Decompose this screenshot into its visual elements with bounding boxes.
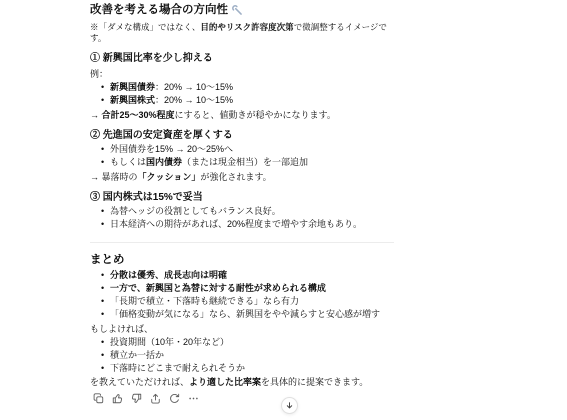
text-segment: もしよければ、 xyxy=(90,324,153,334)
bullet-item: 日本経済への期待があれば、20%程度まで増やす余地もあり。 xyxy=(110,218,394,230)
text-segment: 「長期で積立・下落時も継続できる」なら有力 xyxy=(110,296,299,306)
wrench-icon xyxy=(232,5,243,16)
thumbs-up-icon xyxy=(112,393,123,404)
text-segment: 一方で、新興国と為替に対する耐性が求められる構成 xyxy=(110,283,326,293)
text-segment: にすると、値動きが穏やかになります。 xyxy=(175,110,336,120)
text-segment: → xyxy=(90,110,102,120)
regenerate-icon xyxy=(169,393,180,404)
text-segment: ② 先進国の安定資産を厚くする xyxy=(90,130,233,141)
message-action-bar xyxy=(90,391,394,405)
text-segment: ：20% → 10〜15% xyxy=(155,82,233,92)
text-segment: を教えていただければ、 xyxy=(90,377,189,387)
bullet-item: 外国債券を15% → 20〜25%へ xyxy=(110,143,394,155)
text-segment: 下落時にどこまで耐えられそうか xyxy=(110,363,245,373)
followup-closing: を教えていただければ、より適した比率案を具体的に提案できます。 xyxy=(90,376,394,388)
text-segment: より適した比率案 xyxy=(189,377,261,387)
bullet-item: 一方で、新興国と為替に対する耐性が求められる構成 xyxy=(110,282,394,294)
text-segment: ※「ダメな構成」ではなく、 xyxy=(90,22,200,32)
followup-intro: もしよければ、 xyxy=(90,323,394,335)
thumbs-down-button[interactable] xyxy=(129,391,143,405)
section-divider xyxy=(90,242,394,243)
bullet-item: 分散は優秀、成長志向は明確 xyxy=(110,269,394,281)
section-2-result: → 暴落時の「クッション」が強化されます。 xyxy=(90,171,394,183)
text-segment: 合計25〜30%程度 xyxy=(102,110,175,120)
bullet-item: 下落時にどこまで耐えられそうか xyxy=(110,362,394,374)
section-2-bullets: 外国債券を15% → 20〜25%へもしくは国内債券（または現金相当）を一部追加 xyxy=(90,143,394,168)
section-2-heading: ② 先進国の安定資産を厚くする xyxy=(90,129,394,142)
summary-bullets: 分散は優秀、成長志向は明確一方で、新興国と為替に対する耐性が求められる構成「長期… xyxy=(90,269,394,320)
text-segment: ① 新興国比率を少し抑える xyxy=(90,53,213,64)
share-icon xyxy=(150,393,161,404)
regenerate-button[interactable] xyxy=(167,391,181,405)
followup-bullets: 投資期間（10年・20年など）積立か一括か下落時にどこまで耐えられそうか xyxy=(90,336,394,374)
text-segment: 日本経済への期待があれば、20%程度まで増やす余地もあり。 xyxy=(110,219,362,229)
text-segment: を具体的に提案できます。 xyxy=(261,377,368,387)
text-segment: 国内債券 xyxy=(146,157,182,167)
text-segment: 改善を考える場合の方向性 xyxy=(90,3,228,18)
section-1-bullets: 新興国債券：20% → 10〜15%新興国株式：20% → 10〜15% xyxy=(90,81,394,106)
disclaimer-note: ※「ダメな構成」ではなく、目的やリスク許容度次第で微調整するイメージです。 xyxy=(90,22,394,44)
scroll-to-bottom-button[interactable] xyxy=(281,397,298,414)
text-segment: 積立か一括か xyxy=(110,350,164,360)
bullet-item: 為替ヘッジの役割としてもバランス良好。 xyxy=(110,205,394,217)
text-segment: 「クッション」 xyxy=(138,172,201,182)
text-segment: ③ 国内株式は15%で妥当 xyxy=(90,192,203,203)
text-segment: 例： xyxy=(90,69,108,79)
thumbs-down-icon xyxy=(131,393,142,404)
copy-icon xyxy=(93,393,104,404)
bullet-item: 新興国株式：20% → 10〜15% xyxy=(110,94,394,106)
text-segment: まとめ xyxy=(90,253,125,268)
text-segment: → 暴落時の xyxy=(90,172,138,182)
text-segment: 新興国株式 xyxy=(110,95,155,105)
text-segment: 外国債券を15% → 20〜25%へ xyxy=(110,144,233,154)
section-1-heading: ① 新興国比率を少し抑える xyxy=(90,52,394,65)
summary-heading: まとめ xyxy=(90,253,394,268)
text-segment: 「価格変動が気になる」なら、新興国をやや減らすと安心感が増す xyxy=(110,309,380,319)
text-segment: 投資期間（10年・20年など） xyxy=(110,337,229,347)
assistant-message: 改善を考える場合の方向性※「ダメな構成」ではなく、目的やリスク許容度次第で微調整… xyxy=(90,0,394,405)
text-segment: 新興国債券 xyxy=(110,82,155,92)
copy-button[interactable] xyxy=(91,391,105,405)
text-segment: が強化されます。 xyxy=(200,172,271,182)
bullet-item: もしくは国内債券（または現金相当）を一部追加 xyxy=(110,156,394,168)
text-segment: もしくは xyxy=(110,157,146,167)
bullet-item: 「長期で積立・下落時も継続できる」なら有力 xyxy=(110,295,394,307)
share-button[interactable] xyxy=(148,391,162,405)
scroll-down-icon xyxy=(285,401,294,410)
bullet-item: 投資期間（10年・20年など） xyxy=(110,336,394,348)
section-3-heading: ③ 国内株式は15%で妥当 xyxy=(90,191,394,204)
bullet-item: 積立か一括か xyxy=(110,349,394,361)
thumbs-up-button[interactable] xyxy=(110,391,124,405)
example-label: 例： xyxy=(90,68,394,80)
text-segment: 為替ヘッジの役割としてもバランス良好。 xyxy=(110,206,281,216)
section-3-bullets: 為替ヘッジの役割としてもバランス良好。日本経済への期待があれば、20%程度まで増… xyxy=(90,205,394,230)
bullet-item: 新興国債券：20% → 10〜15% xyxy=(110,81,394,93)
text-segment: 目的やリスク許容度次第 xyxy=(200,22,293,32)
section-1-result: → 合計25〜30%程度にすると、値動きが穏やかになります。 xyxy=(90,109,394,121)
text-segment: 分散は優秀、成長志向は明確 xyxy=(110,270,227,280)
bullet-item: 「価格変動が気になる」なら、新興国をやや減らすと安心感が増す xyxy=(110,308,394,320)
more-button[interactable] xyxy=(186,391,200,405)
message-title: 改善を考える場合の方向性 xyxy=(90,3,394,18)
text-segment: ：20% → 10〜15% xyxy=(155,95,233,105)
more-icon xyxy=(188,393,199,404)
text-segment: （または現金相当）を一部追加 xyxy=(182,157,308,167)
